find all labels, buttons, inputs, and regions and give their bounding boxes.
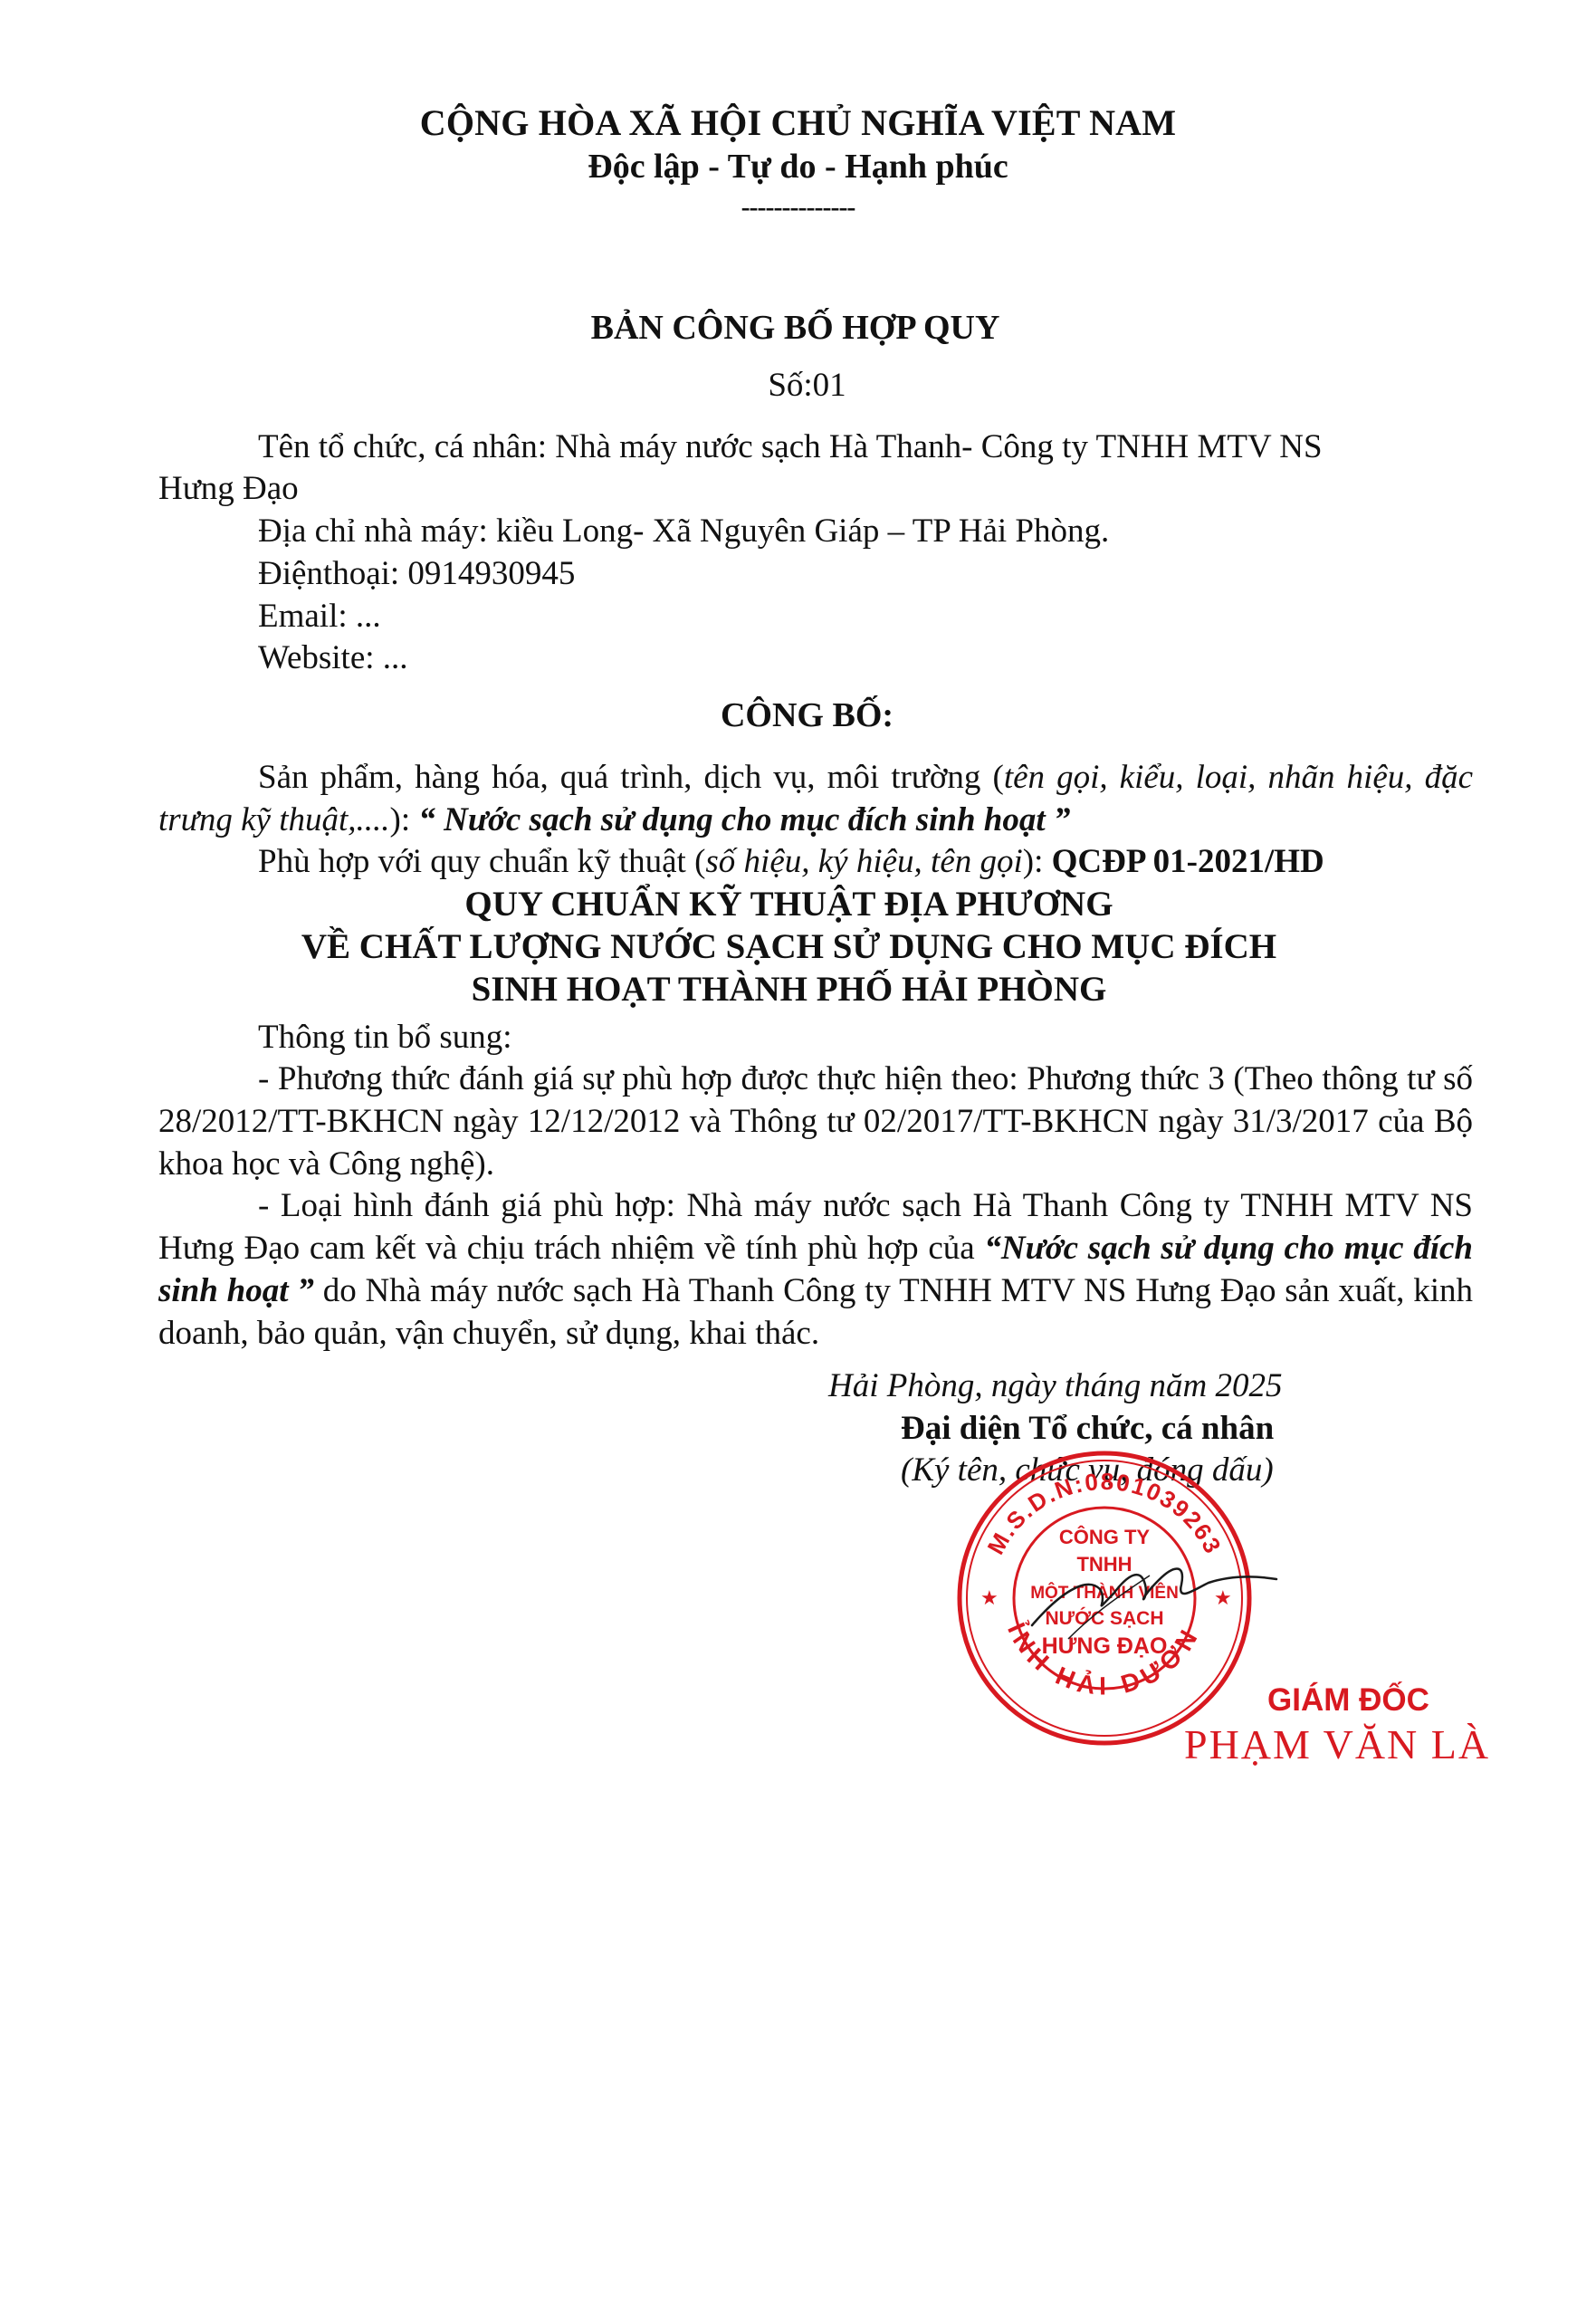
svg-text:★: ★ — [980, 1586, 999, 1609]
signer-name: PHẠM VĂN LÀ — [1184, 1720, 1490, 1768]
standard-hint: số hiệu, ký hiệu, tên gọi — [705, 843, 1022, 880]
product-name: “ Nước sạch sử dụng cho mục đích sinh ho… — [418, 801, 1070, 838]
email: Email: ... — [258, 595, 381, 637]
standard-prefix: Phù hợp với quy chuẩn kỹ thuật ( — [258, 843, 705, 880]
factory-address: Địa chỉ nhà máy: kiều Long- Xã Nguyên Gi… — [258, 510, 1109, 552]
document-number: Số:01 — [9, 364, 1596, 407]
header-divider: -------------- — [0, 192, 1596, 223]
representative-label: Đại diện Tổ chức, cá nhân — [901, 1407, 1274, 1450]
document-title: BẢN CÔNG BỐ HỢP QUY — [0, 308, 1593, 348]
phone-number: Điệnthoại: 0914930945 — [258, 552, 575, 595]
national-motto: Độc lập - Tự do - Hạnh phúc — [0, 147, 1596, 187]
assessment-method: - Phương thức đánh giá sự phù hợp được t… — [158, 1058, 1473, 1185]
assessment-type: - Loại hình đánh giá phù hợp: Nhà máy nư… — [158, 1184, 1473, 1355]
national-title: CỘNG HÒA XÃ HỘI CHỦ NGHĨA VIỆT NAM — [0, 101, 1596, 144]
organization-name: Tên tổ chức, cá nhân: Nhà máy nước sạch … — [258, 426, 1323, 468]
product-mid: ): — [390, 801, 419, 838]
additional-info-heading: Thông tin bổ sung: — [258, 1016, 512, 1058]
place-date: Hải Phòng, ngày tháng năm 2025 — [828, 1365, 1283, 1407]
declaration-heading: CÔNG BỐ: — [9, 695, 1596, 735]
assessment-type-suffix: do Nhà máy nước sạch Hà Thanh Công ty TN… — [158, 1272, 1473, 1352]
website: Website: ... — [258, 637, 408, 679]
standard-title-line-2: VỀ CHẤT LƯỢNG NƯỚC SẠCH SỬ DỤNG CHO MỤC … — [0, 925, 1587, 969]
product-prefix: Sản phẩm, hàng hóa, quá trình, dịch vụ, … — [258, 759, 1004, 796]
standard-statement: Phù hợp với quy chuẩn kỹ thuật (số hiệu,… — [258, 840, 1324, 883]
organization-name-cont: Hưng Đạo — [158, 467, 299, 510]
standard-code: QCĐP 01-2021/HD — [1052, 843, 1324, 880]
product-statement: Sản phẩm, hàng hóa, quá trình, dịch vụ, … — [158, 756, 1473, 841]
signer-position: GIÁM ĐỐC — [1267, 1682, 1429, 1719]
handwritten-signature-icon — [1014, 1539, 1285, 1648]
standard-mid: ): — [1023, 843, 1052, 880]
standard-title-line-1: QUY CHUẨN KỸ THUẬT ĐỊA PHƯƠNG — [0, 883, 1587, 926]
standard-title-line-3: SINH HOẠT THÀNH PHỐ HẢI PHÒNG — [0, 968, 1587, 1011]
